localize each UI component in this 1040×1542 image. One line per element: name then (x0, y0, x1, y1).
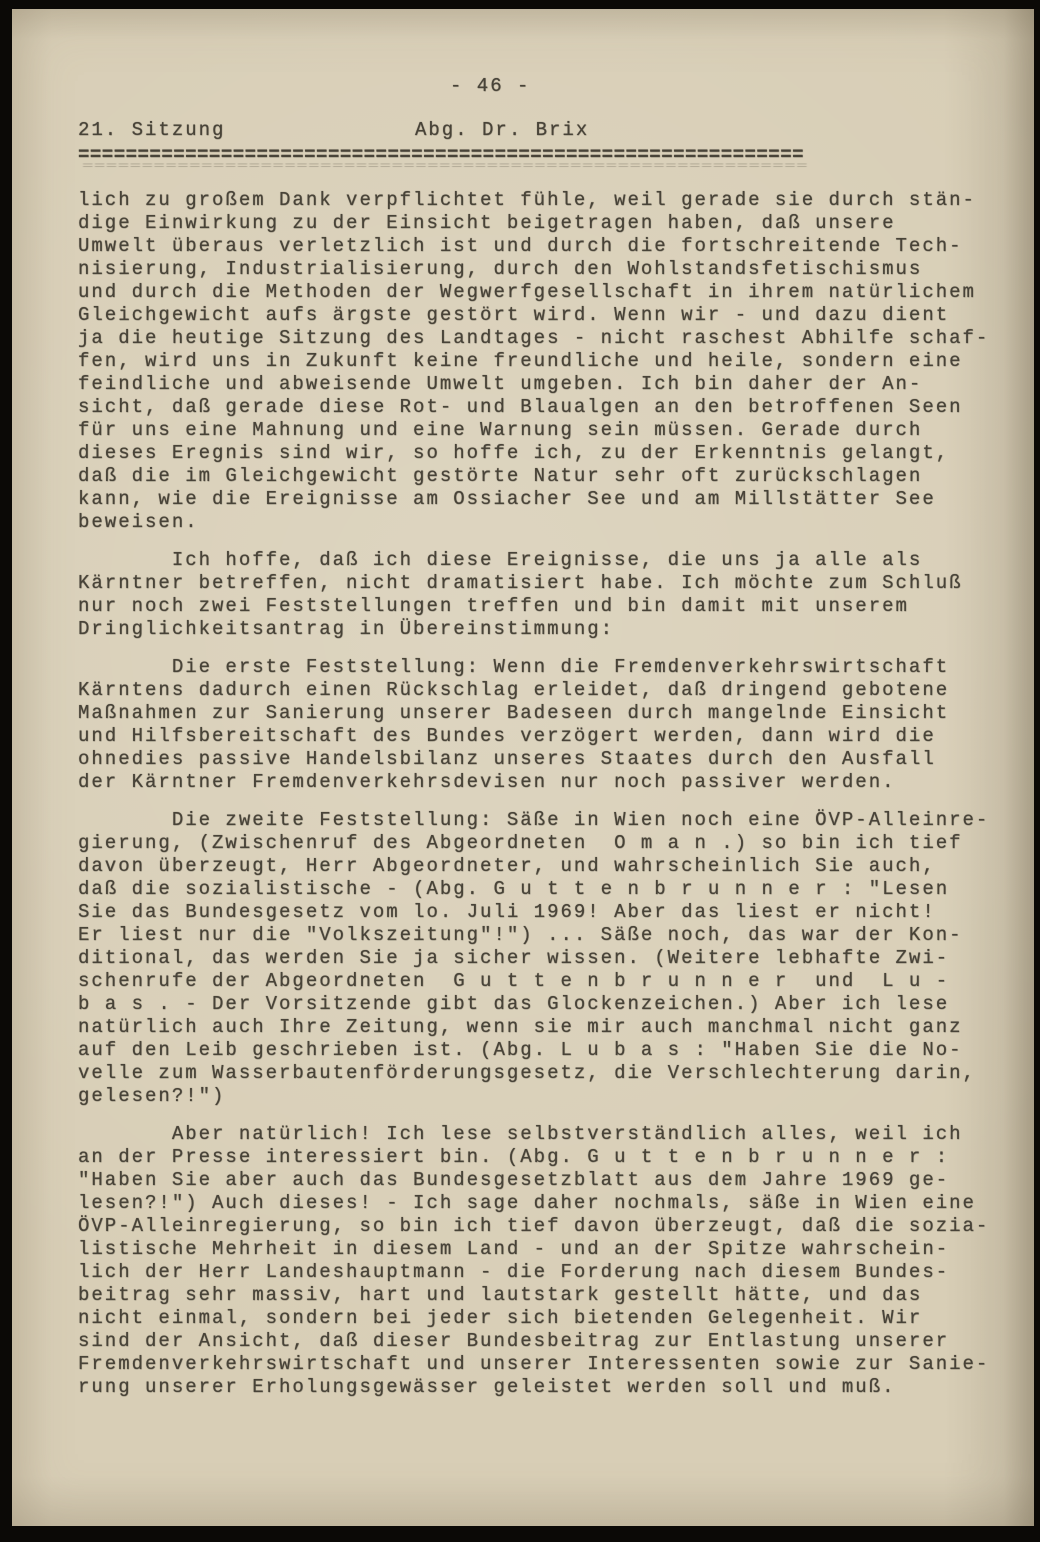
paragraph: Die zweite Feststellung: Säße in Wien no… (78, 809, 1014, 1108)
paragraph: Ich hoffe, daß ich diese Ereignisse, die… (78, 549, 1014, 641)
paragraph: Aber natürlich! Ich lese selbstverständl… (78, 1123, 1014, 1399)
document-body: lich zu großem Dank verpflichtet fühle, … (78, 189, 1014, 1399)
speaker-label: Abg. Dr. Brix (415, 119, 589, 142)
separator-line-echo: ========================================… (82, 160, 808, 172)
page-number: - 46 - (450, 75, 530, 98)
session-label: 21. Sitzung (78, 119, 225, 142)
paragraph: Die erste Feststellung: Wenn die Fremden… (78, 656, 1014, 794)
scanned-page-frame: - 46 - 21. Sitzung Abg. Dr. Brix =======… (0, 0, 1040, 1542)
paragraph: lich zu großem Dank verpflichtet fühle, … (78, 189, 1014, 534)
paper-sheet: - 46 - 21. Sitzung Abg. Dr. Brix =======… (12, 9, 1034, 1526)
